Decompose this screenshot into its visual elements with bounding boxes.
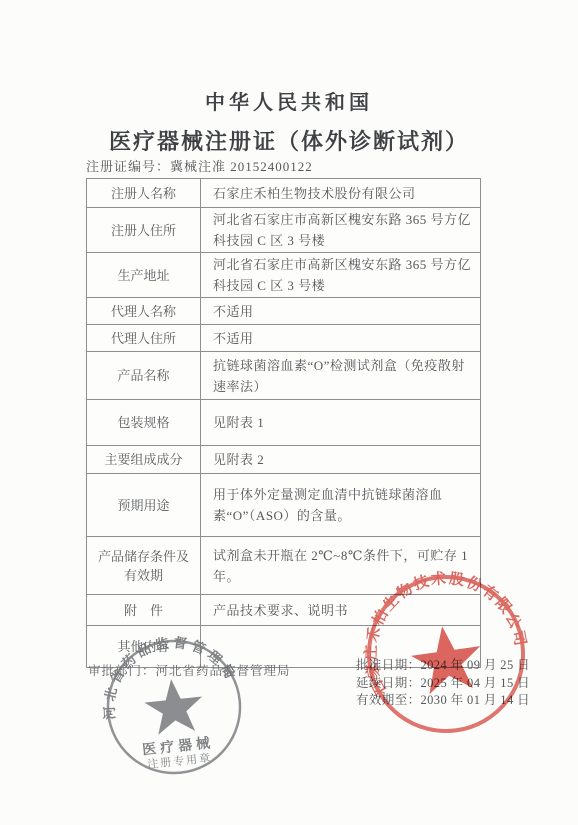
certificate-page: 中华人民共和国 医疗器械注册证（体外诊断试剂） 注册证编号：冀械注准 20152… (0, 0, 578, 825)
table-row: 代理人住所 不适用 (87, 324, 480, 351)
row-value: 不适用 (201, 298, 480, 324)
table-row: 预期用途 用于体外定量测定血清中抗链球菌溶血素“O”（ASO）的含量。 (87, 473, 480, 536)
certificate-title: 医疗器械注册证（体外诊断试剂） (40, 125, 538, 156)
row-value: 产品技术要求、说明书 (201, 595, 480, 625)
row-value: 见附表 2 (201, 446, 480, 473)
row-value: 不适用 (201, 325, 480, 351)
row-value: 河北省石家庄市高新区槐安东路 365 号方亿科技园 C 区 3 号楼 (201, 253, 480, 297)
row-label: 附 件 (87, 595, 201, 625)
row-value: 见附表 1 (201, 400, 480, 445)
row-label: 注册人住所 (87, 208, 201, 252)
table-row: 生产地址 河北省石家庄市高新区槐安东路 365 号方亿科技园 C 区 3 号楼 (87, 252, 480, 297)
row-label: 包装规格 (87, 400, 201, 445)
row-label: 代理人住所 (87, 325, 201, 351)
table-row: 产品名称 抗链球菌溶血素“O”检测试剂盒（免疫散射速率法） (87, 351, 480, 399)
certificate-table: 注册人名称 石家庄禾柏生物技术股份有限公司 注册人住所 河北省石家庄市高新区槐安… (86, 178, 481, 668)
row-label: 产品储存条件及有效期 (87, 537, 201, 594)
table-row: 包装规格 见附表 1 (87, 399, 480, 445)
table-row: 产品储存条件及有效期 试剂盒未开瓶在 2℃~8℃条件下，可贮存 1 年。 (87, 536, 480, 594)
row-label: 产品名称 (87, 352, 201, 399)
star-icon (142, 676, 205, 736)
row-label: 生产地址 (87, 253, 201, 297)
row-value: 试剂盒未开瓶在 2℃~8℃条件下，可贮存 1 年。 (201, 537, 480, 594)
approval-department: 审批部门：河北省药品监督管理局 (88, 661, 358, 679)
row-value: 河北省石家庄市高新区槐安东路 365 号方亿科技园 C 区 3 号楼 (201, 208, 480, 252)
certificate-dates: 批准日期：2024 年 09 月 25 日 延续日期：2025 年 04 月 1… (356, 657, 571, 710)
row-value: 抗链球菌溶血素“O”检测试剂盒（免疫散射速率法） (201, 352, 480, 399)
table-row: 主要组成成分 见附表 2 (87, 445, 480, 473)
table-row: 注册人住所 河北省石家庄市高新区槐安东路 365 号方亿科技园 C 区 3 号楼 (87, 207, 480, 252)
table-row: 注册人名称 石家庄禾柏生物技术股份有限公司 (87, 179, 480, 207)
row-label: 注册人名称 (87, 179, 201, 207)
authority-seal-line1: 医疗器械 (141, 734, 214, 758)
row-value: 石家庄禾柏生物技术股份有限公司 (201, 179, 480, 207)
row-label: 主要组成成分 (87, 446, 201, 473)
certificate-title-block: 中华人民共和国 医疗器械注册证（体外诊断试剂） (40, 86, 538, 156)
table-row: 附 件 产品技术要求、说明书 (87, 594, 480, 625)
expiry-date: 有效期至：2030 年 01 月 14 日 (356, 692, 571, 710)
row-label: 代理人名称 (87, 298, 201, 324)
table-row: 代理人名称 不适用 (87, 297, 480, 324)
row-value: 用于体外定量测定血清中抗链球菌溶血素“O”（ASO）的含量。 (201, 474, 480, 536)
row-label: 预期用途 (87, 474, 201, 536)
approval-date: 批准日期：2024 年 09 月 25 日 (356, 657, 571, 675)
country-title: 中华人民共和国 (40, 86, 538, 115)
authority-seal-line2: 注册专用章 (147, 750, 213, 771)
renewal-date: 延续日期：2025 年 04 月 15 日 (356, 675, 571, 693)
registration-number: 注册证编号：冀械注准 20152400122 (86, 156, 313, 175)
